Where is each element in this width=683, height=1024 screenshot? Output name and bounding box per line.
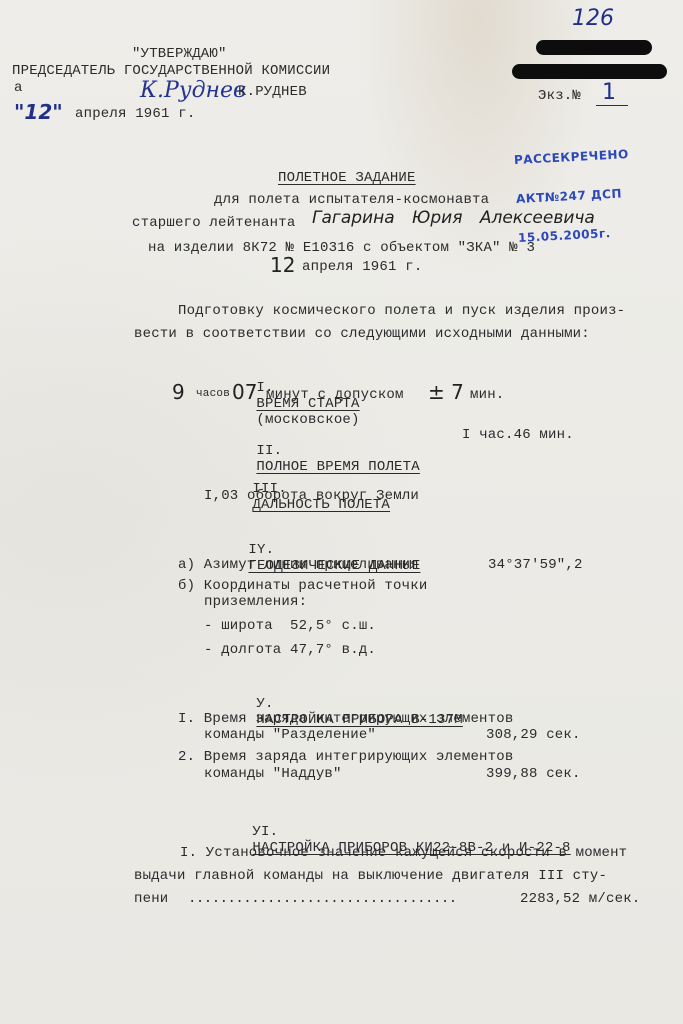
subtitle-line-3: на изделии 8К72 № Е10316 с объектом "ЗКА… <box>148 240 535 256</box>
page-number: 126 <box>572 6 614 31</box>
v-item-2-line-2: команды "Наддув" <box>204 766 342 782</box>
section-6-heading: УI. НАСТРОЙКА ПРИБОРОВ КИ22-8В-2 и И-22-… <box>218 808 571 872</box>
start-tolerance: ± 7 <box>428 380 464 404</box>
copy-number: 1 <box>596 80 628 106</box>
intro-line-1: Подготовку космического полета и пуск из… <box>178 303 625 319</box>
v-item-2-line-1: 2. Время заряда интегрирующих элементов <box>178 749 513 765</box>
intro-line-2: вести в соответствии со следующими исход… <box>134 326 590 342</box>
vi-line-3-prefix: пени <box>134 891 168 907</box>
v-item-2-value: 399,88 сек. <box>486 766 581 782</box>
section-6-number: УI. <box>252 824 278 840</box>
subtitle-line-2: старшего лейтенанта <box>132 215 295 231</box>
flight-range: I,03 оборота вокруг Земли <box>204 488 419 504</box>
document-title: ПОЛЕТНОЕ ЗАДАНИЕ <box>278 170 416 186</box>
flight-duration: I час.46 мин. <box>462 427 574 443</box>
start-tolerance-unit: мин. <box>470 387 504 403</box>
coordinates-label-1: б) Координаты расчетной точки <box>178 578 427 594</box>
cosmonaut-name: Гагарина Юрия Алексеевича <box>312 208 595 228</box>
document-page: "УТВЕРЖДАЮ" ПРЕДСЕДАТЕЛЬ ГОСУДАРСТВЕННОЙ… <box>0 0 683 1024</box>
section-4-number: IY. <box>248 542 274 558</box>
stamp-line-1: РАССЕКРЕЧЕНО <box>514 148 629 167</box>
vi-line-3-dots: .................................. <box>188 891 457 907</box>
copy-label: Экз.№ <box>538 88 581 104</box>
landing-latitude: - широта 52,5° с.ш. <box>204 618 376 634</box>
coordinates-label-2: приземления: <box>204 594 307 610</box>
stamp-line-3: 15.05.2005г. <box>518 226 633 245</box>
azimuth-label: а) Азимут линии прицеливания <box>178 557 419 573</box>
v-item-1-value: 308,29 сек. <box>486 727 581 743</box>
vi-line-2: выдачи главной команды на выключение дви… <box>134 868 607 884</box>
azimuth-value: 34°37'59",2 <box>488 557 583 573</box>
approval-position: ПРЕДСЕДАТЕЛЬ ГОСУДАРСТВЕННОЙ КОМИССИИ <box>12 63 330 79</box>
start-minutes: 07 <box>232 380 257 404</box>
start-hours: 9 <box>172 380 185 404</box>
vi-line-1: I. Установочное значение кажущейся скоро… <box>180 845 627 861</box>
landing-longitude: - долгота 47,7° в.д. <box>204 642 376 658</box>
approval-name: К.РУДНЕВ <box>238 84 307 100</box>
cutoff-velocity-value: 2283,52 м/сек. <box>520 891 640 907</box>
v-item-1-line-2: команды "Разделение" <box>204 727 376 743</box>
approval-title: "УТВЕРЖДАЮ" <box>132 46 227 62</box>
chairman-signature: К.Руднев <box>140 78 246 103</box>
redaction-bar-2 <box>512 64 667 79</box>
start-hours-label: часов <box>196 388 230 400</box>
v-item-1-line-1: I. Время заряда интегрирующих элементов <box>178 711 513 727</box>
redaction-bar-1 <box>536 40 652 55</box>
section-1-note: (московское) <box>256 412 359 428</box>
stamp-line-2: АКТ№247 ДСП <box>516 187 631 206</box>
subtitle-line-1: для полета испытателя-космонавта <box>214 192 489 208</box>
approval-date-rest: апреля 1961 г. <box>75 106 195 122</box>
approval-date-day: "12" <box>14 100 63 124</box>
approval-prefix: а <box>14 80 23 96</box>
flight-date-rest: апреля 1961 г. <box>302 259 422 275</box>
flight-date-day: 12 <box>270 253 295 277</box>
start-minutes-label: минут с допуском <box>266 387 404 403</box>
section-2-number: II. <box>256 443 282 459</box>
section-5-number: У. <box>256 696 273 712</box>
approval-day-value: 12 <box>24 100 52 124</box>
